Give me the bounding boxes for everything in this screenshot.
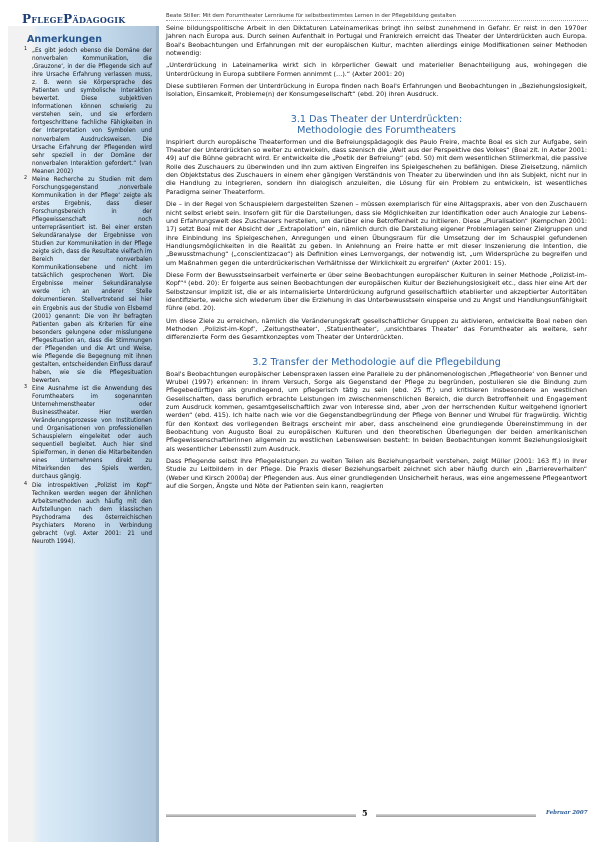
paragraph: Die – in der Regel von Schauspielern dar… (166, 201, 587, 268)
journal-logo: PflegePädagogik (22, 12, 126, 26)
footnotes: 1 „Es gibt jedoch ebenso die Domäne der … (24, 47, 152, 546)
footnote-text: Die introspektiven „Polizist im Kopf“ Te… (32, 483, 152, 545)
section-heading-3-1: 3.1 Das Theater der Unterdrückten: Metho… (166, 114, 587, 136)
footnote: 3 Eine Ausnahme ist die Anwendung des Fo… (24, 385, 152, 482)
footnote-number: 3 (24, 384, 27, 392)
section-heading-3-2: 3.2 Transfer der Methodologie auf die Pf… (166, 357, 587, 368)
paragraph: Boal's Beobachtungen europäischer Lebens… (166, 371, 587, 454)
footnote-text: „Es gibt jedoch ebenso die Domäne der no… (32, 48, 152, 175)
footer-rule-right (376, 814, 536, 817)
notes-title: Anmerkungen (27, 34, 102, 45)
running-head: Beate Stiller: Mit dem Forumtheater Lern… (166, 13, 588, 21)
paragraph: Seine bildungspolitische Arbeit in den D… (166, 25, 587, 58)
paragraph: Diese subtileren Formen der Unterdrückun… (166, 83, 587, 100)
issue-date: Februar 2007 (546, 810, 588, 816)
page-number: 5 (362, 808, 368, 818)
footnote-text: Meine Recherche zu Studien mit dem Forsc… (32, 177, 152, 384)
footnote: 1 „Es gibt jedoch ebenso die Domäne der … (24, 47, 152, 176)
main-column: Seine bildungspolitische Arbeit in den D… (166, 25, 587, 495)
paragraph: Um diese Ziele zu erreichen, nämlich die… (166, 318, 587, 343)
paragraph: Diese Form der Bewusstseinsarbeit verfei… (166, 272, 587, 314)
footer-rule-left (166, 814, 356, 817)
paragraph: Inspiriert durch europäische Theaterform… (166, 139, 587, 197)
sidebar-divider (156, 26, 159, 842)
paragraph: Dass Pflegende selbst ihre Pflegeleistun… (166, 458, 587, 491)
quote-paragraph: „Unterdrückung in Lateinamerika wirkt si… (166, 62, 587, 79)
footnote-number: 4 (24, 481, 27, 489)
footnote-number: 2 (24, 175, 27, 183)
section-heading-line: 3.1 Das Theater der Unterdrückten: (166, 114, 587, 125)
footnote: 4 Die introspektiven „Polizist im Kopf“ … (24, 482, 152, 546)
footnote-number: 1 (24, 46, 27, 54)
footnote: 2 Meine Recherche zu Studien mit dem For… (24, 176, 152, 385)
footnote-text: Eine Ausnahme ist die Anwendung des Foru… (32, 386, 152, 481)
section-heading-line: Methodologie des Forumtheaters (166, 125, 587, 136)
